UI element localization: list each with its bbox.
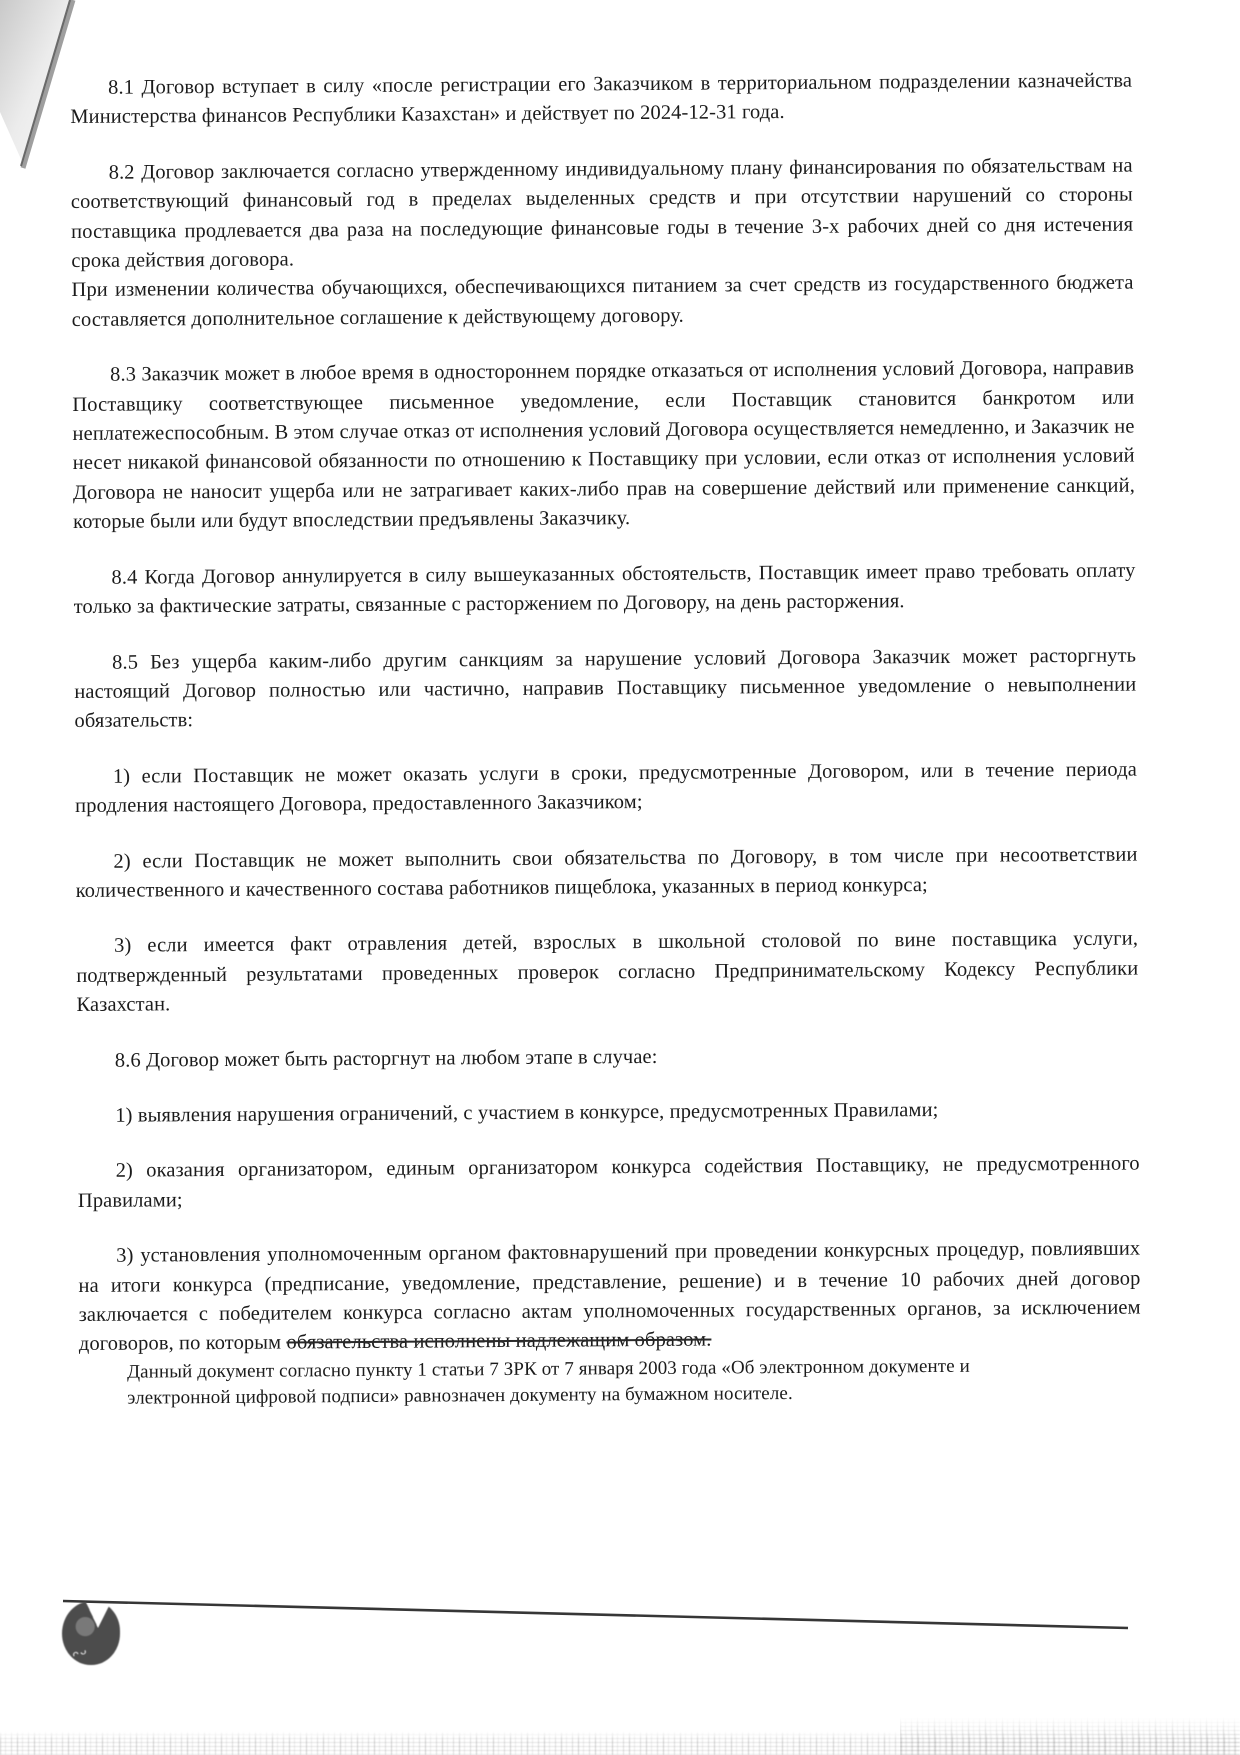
- clause-8-5-item-2: 2) если Поставщик не может выполнить сво…: [75, 840, 1137, 906]
- clause-8-6-item-1: 1) выявления нарушения ограничений, с уч…: [77, 1095, 1139, 1132]
- contract-text-block: 8.1 Договор вступает в силу «после регис…: [70, 67, 1141, 1412]
- clause-8-6-item-2: 2) оказания организатором, единым органи…: [78, 1150, 1140, 1216]
- clause-8-1-paragraph: 8.1 Договор вступает в силу «после регис…: [70, 67, 1132, 133]
- electronic-document-note: Данный документ согласно пункту 1 статьи…: [79, 1353, 999, 1411]
- clause-8-5-paragraph: 8.5 Без ущерба каким-либо другим санкция…: [74, 641, 1137, 737]
- clause-8-2-continuation-paragraph: При изменении количества обучающихся, об…: [71, 269, 1133, 335]
- clause-8-6-item-3: 3) установления уполномоченным органом ф…: [78, 1235, 1141, 1360]
- clause-8-2-paragraph: 8.2 Договор заключается согласно утвержд…: [71, 151, 1134, 276]
- clause-8-5-item-3: 3) если имеется факт отравления детей, в…: [76, 925, 1139, 1021]
- clause-8-3-paragraph: 8.3 Заказчик может в любое время в однос…: [72, 354, 1135, 538]
- stamp-glyphs: ᴖᴗ: [70, 1643, 90, 1662]
- struck-through-text: обязательства исполнены надлежащим образ…: [286, 1329, 711, 1354]
- scanned-contract-page: 8.1 Договор вступает в силу «после регис…: [0, 0, 1240, 1755]
- clause-8-4-paragraph: 8.4 Когда Договор аннулируется в силу вы…: [73, 556, 1135, 622]
- clause-8-6-paragraph: 8.6 Договор может быть расторгнут на люб…: [77, 1039, 1139, 1076]
- clause-8-5-item-1: 1) если Поставщик не может оказать услуг…: [75, 755, 1137, 821]
- seal-stamp-fragment: ᴖᴗ: [62, 1601, 120, 1665]
- scan-noise-strip-right: [900, 1717, 1240, 1755]
